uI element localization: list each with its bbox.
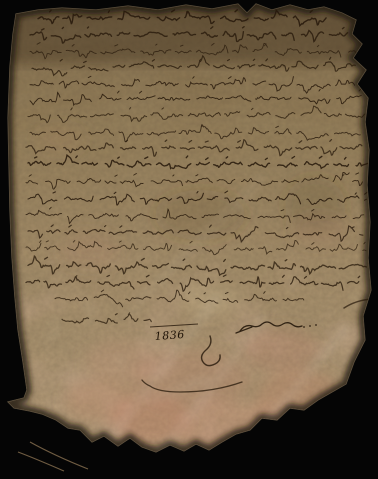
photo-backdrop: 1836 <box>0 0 378 479</box>
date-year-text: 1836 <box>154 328 185 343</box>
paper-sheet: 1836 <box>0 0 378 479</box>
manuscript-photo: 1836 <box>0 0 378 479</box>
paper-fibers <box>18 442 88 471</box>
